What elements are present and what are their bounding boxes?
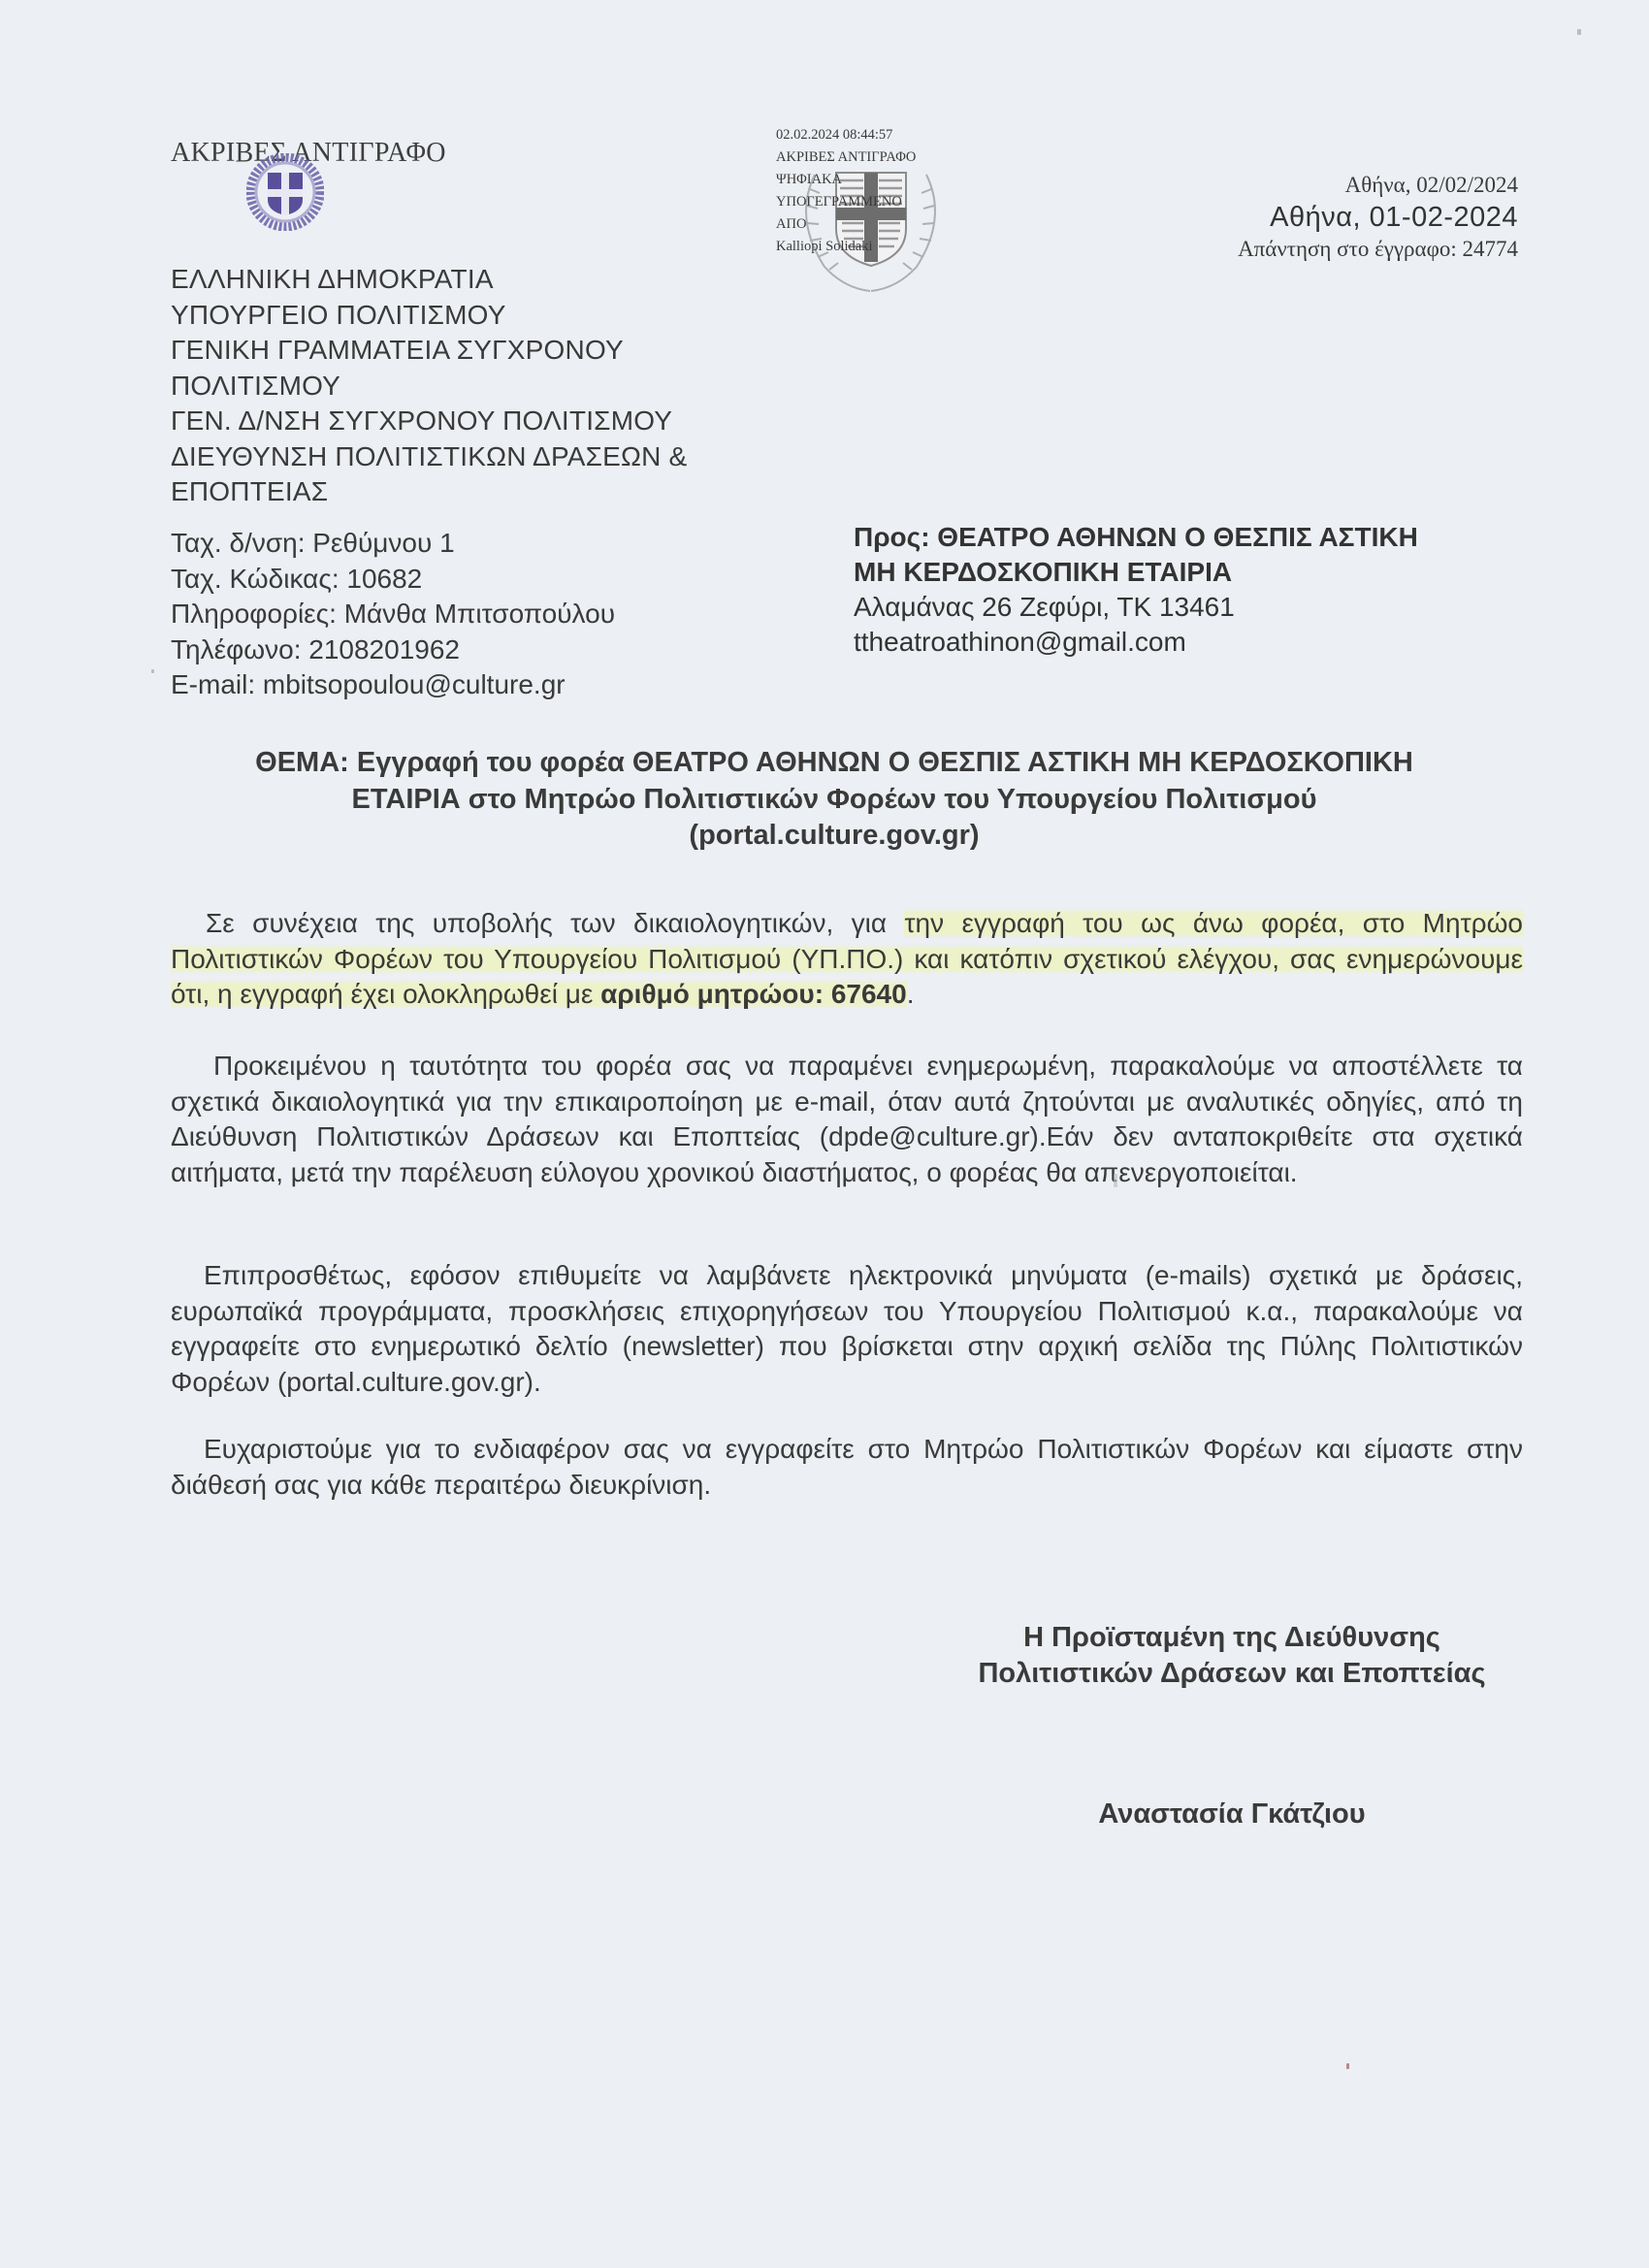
para-text: . (907, 979, 915, 1009)
contact-person: Πληροφορίες: Μάνθα Μπιτσοπούλου (171, 597, 615, 632)
stamp-line: ΑΚΡΙΒΕΣ ΑΝΤΙΓΡΑΦΟ (776, 146, 916, 169)
date-typed: Αθήνα, 02/02/2024 (1238, 171, 1518, 200)
phone-number: Τηλέφωνο: 2108201962 (171, 632, 615, 668)
issuer-line: ΕΛΛΗΝΙΚΗ ΔΗΜΟΚΡΑΤΙΑ (171, 262, 687, 298)
signatory-title: Η Προϊσταμένη της Διεύθυνσης Πολιτιστικώ… (931, 1620, 1533, 1692)
stamp-line: ΨΗΦΙΑΚΑ (776, 169, 916, 191)
subject-line: ΘΕΜΑ: Εγγραφή του φορέα ΘΕΑΤΡΟ ΑΘΗΝΩΝ Ο … (184, 745, 1484, 782)
scan-speck (1577, 29, 1581, 35)
body-paragraph-newsletter: Επιπροσθέτως, εφόσον επιθυμείτε να λαμβά… (171, 1258, 1523, 1400)
reply-reference: Απάντηση στο έγγραφο: 24774 (1238, 235, 1518, 264)
digital-signature-stamp: 02.02.2024 08:44:57 ΑΚΡΙΒΕΣ ΑΝΤΙΓΡΑΦΟ ΨΗ… (776, 124, 916, 258)
signatory-title-line: Πολιτιστικών Δράσεων και Εποπτείας (931, 1656, 1533, 1692)
issuer-block: ΕΛΛΗΝΙΚΗ ΔΗΜΟΚΡΑΤΙΑ ΥΠΟΥΡΓΕΙΟ ΠΟΛΙΤΙΣΜΟΥ… (171, 262, 687, 510)
subject-line: (portal.culture.gov.gr) (184, 818, 1484, 855)
postal-address: Ταχ. δ/νση: Ρεθύμνου 1 (171, 526, 615, 562)
issuer-line: ΠΟΛΙΤΙΣΜΟΥ (171, 369, 687, 405)
recipient-name-line1: Προς: ΘΕΑΤΡΟ ΑΘΗΝΩΝ Ο ΘΕΣΠΙΣ ΑΣΤΙΚΗ (854, 520, 1418, 555)
subject-heading: ΘΕΜΑ: Εγγραφή του φορέα ΘΕΑΤΡΟ ΑΘΗΝΩΝ Ο … (184, 745, 1484, 855)
issuer-contacts: Ταχ. δ/νση: Ρεθύμνου 1 Ταχ. Κώδικας: 106… (171, 526, 615, 703)
issuer-line: ΓΕΝΙΚΗ ΓΡΑΜΜΑΤΕΙΑ ΣΥΓΧΡΟΝΟΥ (171, 333, 687, 369)
stamp-line: ΑΠΟ (776, 213, 916, 236)
subject-line: ΕΤΑΙΡΙΑ στο Μητρώο Πολιτιστικών Φορέων τ… (184, 782, 1484, 819)
issuer-line: ΥΠΟΥΡΓΕΙΟ ΠΟΛΙΤΙΣΜΟΥ (171, 298, 687, 334)
body-paragraph-update: Προκειμένου η ταυτότητα του φορέα σας να… (171, 1049, 1523, 1190)
document-dates: Αθήνα, 02/02/2024 Αθήνα, 01-02-2024 Απάν… (1238, 171, 1518, 264)
recipient-email: ttheatroathinon@gmail.com (854, 625, 1418, 660)
scan-speck (151, 669, 154, 673)
scan-speck (1114, 1174, 1117, 1187)
stamp-signer: Kalliopi Solidaki (776, 236, 916, 258)
registry-number: αριθμό μητρώου: 67640 (600, 979, 907, 1009)
stamp-timestamp: 02.02.2024 08:44:57 (776, 124, 916, 146)
body-paragraph-registration: Σε συνέχεια της υποβολής των δικαιολογητ… (171, 906, 1523, 1013)
signatory-title-line: Η Προϊσταμένη της Διεύθυνσης (931, 1620, 1533, 1656)
stamp-line: ΥΠΟΓΕΓΡΑΜΜΕΝΟ (776, 191, 916, 213)
issuer-email: E-mail: mbitsopoulou@culture.gr (171, 667, 615, 703)
signatory-name: Αναστασία Γκάτζιου (931, 1797, 1533, 1832)
issuer-line: ΕΠΟΠΤΕΙΑΣ (171, 474, 687, 510)
recipient-address: Αλαμάνας 26 Ζεφύρι, ΤΚ 13461 (854, 590, 1418, 625)
para-text: Σε συνέχεια της υποβολής των δικαιολογητ… (206, 908, 904, 938)
postal-code: Ταχ. Κώδικας: 10682 (171, 562, 615, 598)
scan-speck (1346, 2063, 1349, 2069)
issuer-line: ΔΙΕΥΘΥΝΣΗ ΠΟΛΙΤΙΣΤΙΚΩΝ ΔΡΑΣΕΩΝ & (171, 439, 687, 475)
recipient-block: Προς: ΘΕΑΤΡΟ ΑΘΗΝΩΝ Ο ΘΕΣΠΙΣ ΑΣΤΙΚΗ ΜΗ Κ… (854, 520, 1418, 660)
body-paragraph-closing: Ευχαριστούμε για το ενδιαφέρον σας να εγ… (171, 1432, 1523, 1503)
date-issued: Αθήνα, 01-02-2024 (1238, 200, 1518, 235)
recipient-name-line2: ΜΗ ΚΕΡΔΟΣΚΟΠΙΚΗ ΕΤΑΙΡΙΑ (854, 555, 1418, 590)
issuer-line: ΓΕΝ. Δ/ΝΣΗ ΣΥΓΧΡΟΝΟΥ ΠΟΛΙΤΙΣΜΟΥ (171, 404, 687, 439)
greek-coat-of-arms-icon (246, 153, 324, 231)
